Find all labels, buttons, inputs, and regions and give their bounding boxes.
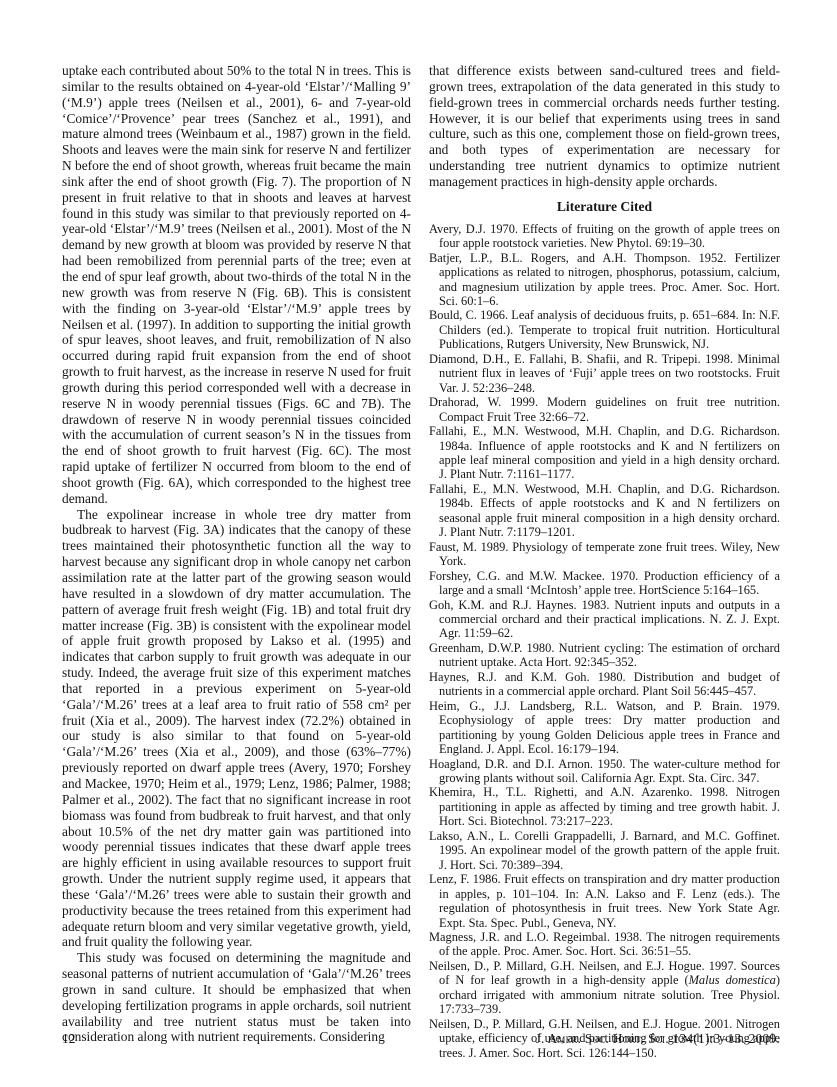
- reference-species-name: Malus domestica: [689, 973, 776, 987]
- reference-item: Forshey, C.G. and M.W. Mackee. 1970. Pro…: [429, 569, 780, 598]
- reference-item: Haynes, R.J. and K.M. Goh. 1980. Distrib…: [429, 670, 780, 699]
- reference-item: Lenz, F. 1986. Fruit effects on transpir…: [429, 872, 780, 930]
- reference-item: Drahorad, W. 1999. Modern guidelines on …: [429, 395, 780, 424]
- references-list: Avery, D.J. 1970. Effects of fruiting on…: [429, 222, 780, 1060]
- reference-item: Fallahi, E., M.N. Westwood, M.H. Chaplin…: [429, 482, 780, 540]
- reference-item: Avery, D.J. 1970. Effects of fruiting on…: [429, 222, 780, 251]
- body-paragraph-continuation: uptake each contributed about 50% to the…: [62, 63, 411, 507]
- page-footer: 12 J. Amer. Soc. Hort. Sci. 134(1):3–13.…: [62, 1031, 780, 1047]
- reference-item: Diamond, D.H., E. Fallahi, B. Shafii, an…: [429, 352, 780, 395]
- reference-item: Faust, M. 1989. Physiology of temperate …: [429, 540, 780, 569]
- paper-page: uptake each contributed about 50% to the…: [0, 0, 837, 1087]
- reference-item: Khemira, H., T.L. Righetti, and A.N. Aza…: [429, 785, 780, 828]
- right-column: that difference exists between sand-cult…: [429, 63, 780, 1060]
- page-number: 12: [62, 1031, 75, 1047]
- reference-item: Magness, J.R. and L.O. Regeimbal. 1938. …: [429, 930, 780, 959]
- reference-item: Lakso, A.N., L. Corelli Grappadelli, J. …: [429, 829, 780, 872]
- two-column-layout: uptake each contributed about 50% to the…: [62, 63, 780, 1060]
- body-paragraph-continuation: that difference exists between sand-cult…: [429, 63, 780, 190]
- body-paragraph: The expolinear increase in whole tree dr…: [62, 507, 411, 951]
- journal-citation: J. Amer. Soc. Hort. Sci. 134(1):3–13. 20…: [536, 1031, 780, 1047]
- literature-cited-heading: Literature Cited: [429, 199, 780, 215]
- left-column: uptake each contributed about 50% to the…: [62, 63, 411, 1060]
- reference-item: Heim, G., J.J. Landsberg, R.L. Watson, a…: [429, 699, 780, 757]
- reference-item: Bould, C. 1966. Leaf analysis of deciduo…: [429, 308, 780, 351]
- reference-item: Goh, K.M. and R.J. Haynes. 1983. Nutrien…: [429, 598, 780, 641]
- reference-item: Batjer, L.P., B.L. Rogers, and A.H. Thom…: [429, 251, 780, 309]
- reference-item: Fallahi, E., M.N. Westwood, M.H. Chaplin…: [429, 424, 780, 482]
- reference-item: Greenham, D.W.P. 1980. Nutrient cycling:…: [429, 641, 780, 670]
- reference-item: Neilsen, D., P. Millard, G.H. Neilsen, a…: [429, 959, 780, 1017]
- reference-item: Hoagland, D.R. and D.I. Arnon. 1950. The…: [429, 757, 780, 786]
